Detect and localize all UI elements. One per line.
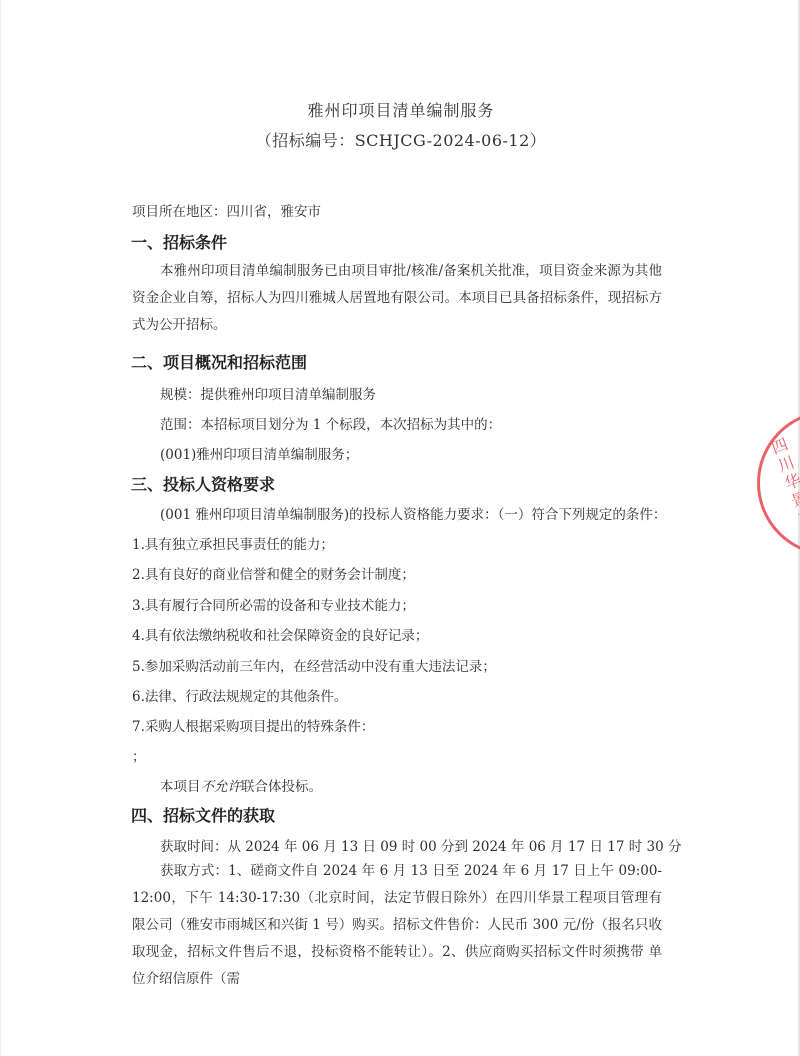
qualification-item: 1.具有独立承担民事责任的能力； xyxy=(132,533,334,553)
acquisition-method-paragraph: 获取方式：1、磋商文件自 2024 年 6 月 13 日至 2024 年 6 月… xyxy=(132,858,662,993)
semicolon-line: ； xyxy=(132,745,146,765)
section-heading-project-overview: 二、项目概况和招标范围 xyxy=(131,350,307,373)
qualification-item: 3.具有履行合同所必需的设备和专业技术能力； xyxy=(132,594,415,614)
consortium-prefix: 本项目 xyxy=(160,779,201,795)
section-heading-tender-conditions: 一、招标条件 xyxy=(131,230,227,253)
section-heading-document-acquisition: 四、招标文件的获取 xyxy=(131,803,275,826)
qualification-item: 5.参加采购活动前三年内，在经营活动中没有重大违法记录； xyxy=(132,655,496,675)
tender-number: （招标编号：SCHJCG-2024-06-12） xyxy=(1,128,800,151)
qualification-item: 6.法律、行政法规规定的其他条件。 xyxy=(132,685,347,705)
qualification-item: 7.采购人根据采购项目提出的特殊条件： xyxy=(132,715,374,735)
document-page: 雅州印项目清单编制服务 （招标编号：SCHJCG-2024-06-12） 项目所… xyxy=(0,0,800,1056)
project-location: 项目所在地区：四川省，雅安市 xyxy=(132,200,321,220)
document-title: 雅州印项目清单编制服务 xyxy=(1,98,800,121)
consortium-statement: 本项目不允许联合体投标。 xyxy=(160,775,322,795)
section-heading-bidder-qualifications: 三、投标人资格要求 xyxy=(131,472,275,495)
acquisition-time: 获取时间：从 2024 年 06 月 13 日 09 时 00 分到 2024 … xyxy=(160,835,681,855)
qualification-item: 2.具有良好的商业信誉和健全的财务会计制度； xyxy=(132,563,415,583)
qualification-item: 4.具有依法缴纳税收和社会保障资金的良好记录； xyxy=(132,624,428,644)
consortium-suffix: 联合体投标。 xyxy=(241,779,322,795)
project-scope: 范围：本招标项目划分为 1 个标段，本次招标为其中的： xyxy=(160,413,501,433)
tender-conditions-paragraph: 本雅州印项目清单编制服务已由项目审批/核准/备案机关批准，项目资金来源为其他资金… xyxy=(132,258,662,339)
lot-001: (001)雅州印项目清单编制服务； xyxy=(160,443,358,463)
project-scale: 规模：提供雅州印项目清单编制服务 xyxy=(160,383,376,403)
consortium-not-allowed: 不允许 xyxy=(201,779,242,795)
qualification-intro: (001 雅州印项目清单编制服务)的投标人资格能力要求：（一）符合下列规定的条件… xyxy=(160,503,666,523)
